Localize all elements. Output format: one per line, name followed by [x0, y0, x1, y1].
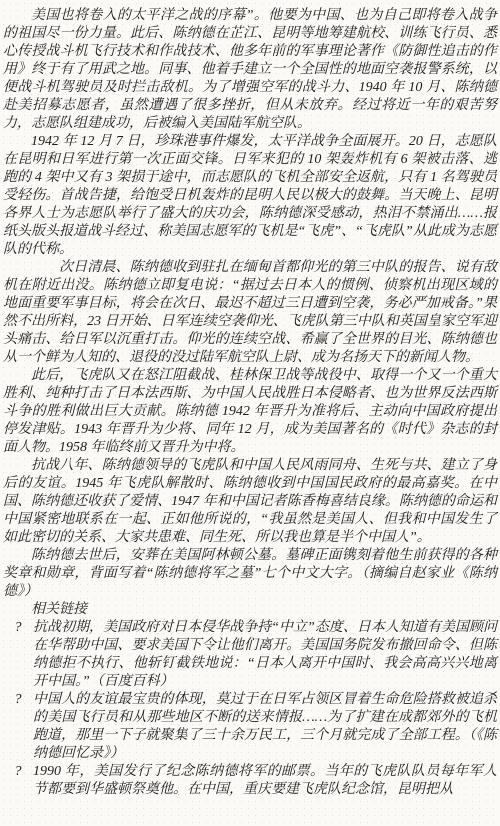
related-link-text: 抗战初期，美国政府对日本侵华战争持“中立”态度、日本人知道有美国顾问在华帮助中国…: [33, 619, 497, 691]
article-paragraph-2: 1942 年 12 月 7 日，珍珠港事件爆发，太平洋战争全面展开。20 日，志…: [3, 133, 497, 259]
bullet-question-marker: ?: [3, 619, 33, 691]
article-paragraph-5: 抗战八年、陈纳德领导的飞虎队和中国人民风雨同舟、生死与共、建立了身后的友谊。19…: [3, 457, 497, 547]
related-link-item: ? 抗战初期，美国政府对日本侵华战争持“中立”态度、日本人知道有美国顾问在华帮助…: [3, 619, 497, 691]
article-paragraph-6: 陈纳德去世后，安葬在美国阿林顿公墓。墓碑正面镌刻着他生前获得的各种奖章和勋章，背…: [3, 547, 497, 601]
document-page: 美国也将卷入的太平洋之战的序幕”。他要为中国、也为自己即将卷入战争的祖国尽一份力…: [0, 0, 500, 826]
bullet-question-marker: ?: [3, 691, 33, 763]
related-link-text: 中国人的友谊最宝贵的体现，莫过于在日军占领区冒着生命危险搭救被追杀的美国飞行员和…: [33, 691, 497, 763]
article-paragraph-4: 此后，飞虎队又在怒江阻截战、桂林保卫战等战役中、取得一个又一个重大胜利、纯种打击…: [3, 367, 497, 457]
bullet-question-marker: ?: [3, 763, 33, 799]
article-paragraph-1: 美国也将卷入的太平洋之战的序幕”。他要为中国、也为自己即将卷入战争的祖国尽一份力…: [3, 7, 497, 133]
related-links-heading: 相关链接: [3, 601, 497, 619]
related-link-item: ? 中国人的友谊最宝贵的体现，莫过于在日军占领区冒着生命危险搭救被追杀的美国飞行…: [3, 691, 497, 763]
article-paragraph-3: 次日清晨、陈纳德收到驻扎在缅甸首都仰光的第三中队的报告、说有敌机在附近出没。陈纳…: [3, 259, 497, 367]
related-link-text: 1990 年，美国发行了纪念陈纳德将军的邮票。当年的飞虎队队员每年军人节都要到华…: [33, 763, 497, 799]
related-link-item: ? 1990 年，美国发行了纪念陈纳德将军的邮票。当年的飞虎队队员每年军人节都要…: [3, 763, 497, 799]
